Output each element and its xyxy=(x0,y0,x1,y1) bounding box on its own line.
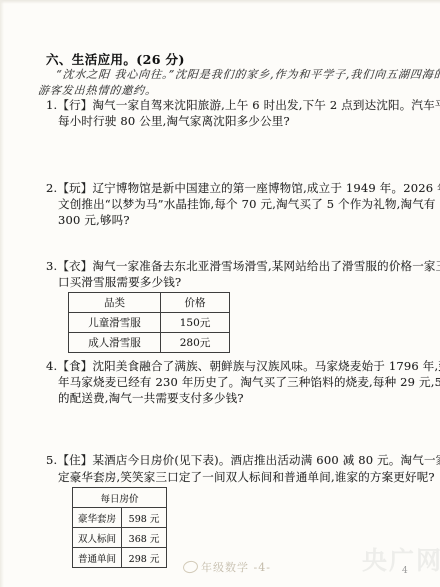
table-row: 豪华套房 598 元 xyxy=(73,508,167,528)
table-cell-price: 368 元 xyxy=(122,528,167,548)
table-row: 儿童滑雪服 150元 xyxy=(69,313,230,333)
table-cell-room: 豪华套房 xyxy=(73,508,122,528)
question-2-line-1: 2.【玩】辽宁博物馆是新中国建立的第一座博物馆,成立于 1949 年。2026 … xyxy=(46,180,440,196)
question-3-line-1: 3.【衣】淘气一家准备去东北亚滑雪场滑雪,某网站给出了滑雪服的价格一家三 xyxy=(46,258,440,274)
table-cell-price: 298 元 xyxy=(122,548,167,568)
question-2-line-2: 文创推出“以梦为马”水晶挂饰,每个 70 元,淘气买了 5 个作为礼物,淘气有 xyxy=(58,196,436,212)
table-title-daily-rate: 每日房价 xyxy=(73,488,167,508)
scan-edge-top xyxy=(0,0,440,4)
watermark: 央广网 xyxy=(362,541,440,577)
table-row: 品类 价格 xyxy=(69,293,230,313)
question-5-line-1: 5.【住】某酒店今日房价(见下表)。酒店推出活动满 600 减 80 元。淘气一… xyxy=(46,452,440,468)
worksheet-page: 六、生活应用。(26 分) “沈水之阳 我心向往。”沈阳是我们的家乡,作为和平学… xyxy=(0,0,440,587)
question-4-line-2: 年马家烧麦已经有 230 年历史了。淘气买了三种馅料的烧麦,每种 29 元,5 … xyxy=(58,374,440,390)
table-row: 成人滑雪服 280元 xyxy=(69,333,230,353)
footer-page-label: 年级数学 -4- xyxy=(201,559,271,575)
table-row: 每日房价 xyxy=(73,488,167,508)
table-cell-price: 150元 xyxy=(161,313,230,333)
intro-line-1: “沈水之阳 我心向往。”沈阳是我们的家乡,作为和平学子,我们向五湖四海的 xyxy=(55,66,440,82)
scan-edge-left xyxy=(0,0,4,587)
question-3-line-2: 口买滑雪服需要多少钱? xyxy=(58,274,181,290)
ski-price-table: 品类 价格 儿童滑雪服 150元 成人滑雪服 280元 xyxy=(68,292,230,353)
question-1-line-1: 1.【行】淘气一家自驾来沈阳旅游,上午 6 时出发,下午 2 点到达沈阳。汽车平… xyxy=(46,97,440,113)
question-4-line-1: 4.【食】沈阳美食融合了满族、朝鲜族与汉族风味。马家烧麦始于 1796 年,到 … xyxy=(46,358,440,374)
table-cell-price: 598 元 xyxy=(122,508,167,528)
table-row: 普通单间 298 元 xyxy=(73,548,167,568)
question-4-line-3: 的配送费,淘气一共需要支付多少钱? xyxy=(58,390,244,406)
table-cell-price: 280元 xyxy=(161,333,230,353)
table-row: 双人标间 368 元 xyxy=(73,528,167,548)
hotel-price-table: 每日房价 豪华套房 598 元 双人标间 368 元 普通单间 298 元 xyxy=(72,487,167,568)
page-footer: 年级数学 -4- xyxy=(183,559,271,575)
question-5-line-2: 定豪华套房,笑笑家三口定了一间双人标间和普通单间,谁家的方案更好呢? xyxy=(58,469,435,485)
intro-line-2: 游客发出热情的邀约。 xyxy=(37,82,157,98)
footer-stamp-icon xyxy=(182,560,199,575)
table-cell-item: 儿童滑雪服 xyxy=(69,313,161,333)
table-cell-room: 双人标间 xyxy=(73,528,122,548)
question-1-line-2: 每小时行驶 80 公里,淘气家离沈阳多少公里? xyxy=(58,113,290,129)
table-header-price: 价格 xyxy=(161,293,230,313)
scan-artifact-mark: 4 xyxy=(402,566,408,576)
question-2-line-3: 300 元,够吗? xyxy=(58,212,130,228)
table-header-category: 品类 xyxy=(69,293,161,313)
table-cell-item: 成人滑雪服 xyxy=(69,333,161,353)
table-cell-room: 普通单间 xyxy=(73,548,122,568)
